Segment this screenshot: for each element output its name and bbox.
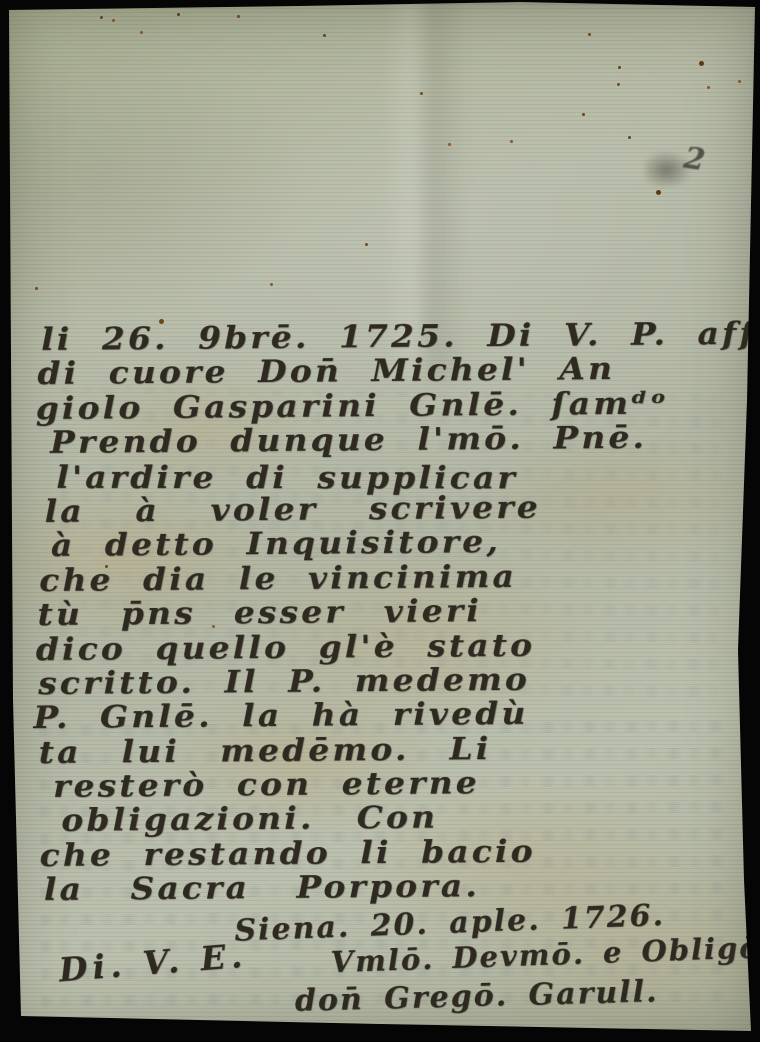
corner-mark: 2 — [681, 141, 707, 179]
manuscript-text: li 26. 9brē. 1725. Di V. P. affmō di cuo… — [0, 317, 760, 1018]
foxing-specks — [0, 0, 3, 3]
manuscript-line: Prendo dunque l'mō. Pnē. — [50, 419, 760, 460]
closing-salutation: Di. V. E. — [57, 935, 248, 989]
letter-paper: 2 li 26. 9brē. 1725. Di V. P. affmō di c… — [0, 0, 760, 1042]
